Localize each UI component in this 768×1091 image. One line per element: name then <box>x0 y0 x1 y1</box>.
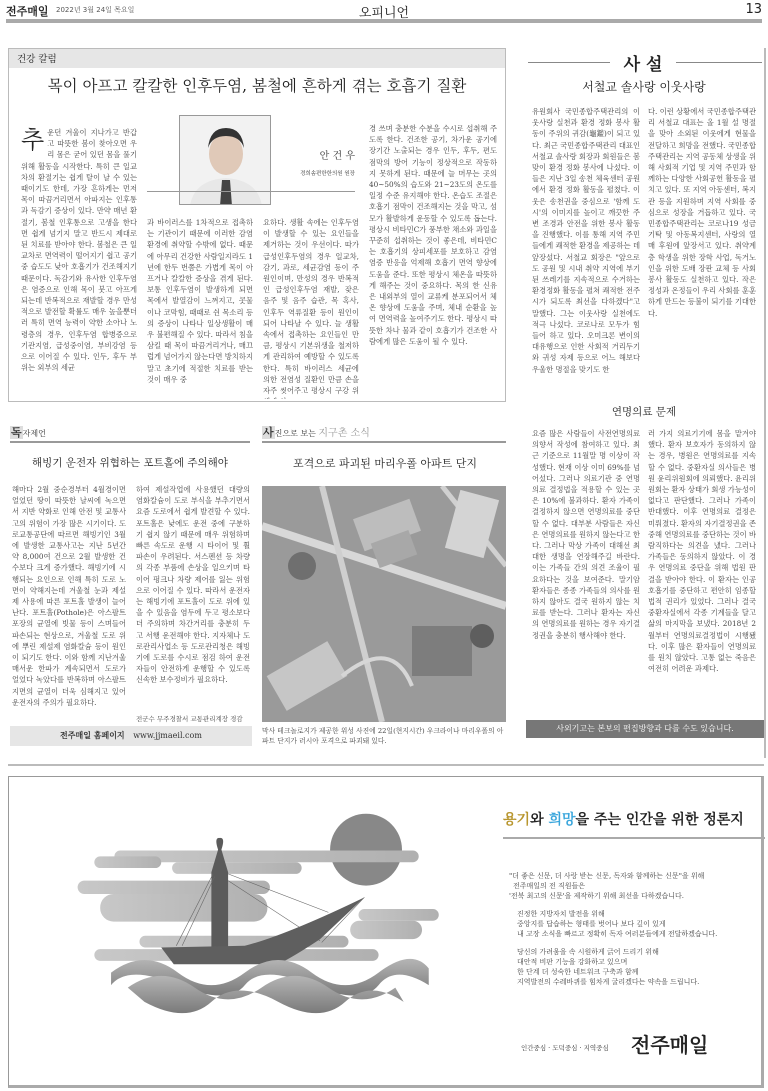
homepage-bar: 전주매일 홈페이지 www.jjmaeil.com <box>10 726 252 746</box>
editorial-body-col3: 요즘 많은 사람들이 사전연명의료의향서 작성에 참여하고 있다. 최근 기준으… <box>532 428 640 720</box>
reader-column: 독자제언 해빙기 운전자 위협하는 포트홀에 주의해야 해마다 2월 중순경부터… <box>10 424 250 754</box>
masthead-rule <box>6 19 762 23</box>
health-column-body-col3: 요하다. 생활 속에는 인후두염이 발생할 수 있는 요인들을 제거하는 것이 … <box>263 217 359 399</box>
editorial-headline-1: 서철교 솔사랑 이웃사랑 <box>526 78 762 95</box>
health-column-headline: 목이 아프고 칼칼한 인후두염, 봄철에 흔하게 겪는 호흡기 질환 <box>9 74 505 96</box>
reader-label-initial: 독 <box>10 426 23 439</box>
reader-column-author: 전군수 무주경찰서 교통관리계장 경감 <box>136 714 250 723</box>
newspaper-name: 전주매일 <box>6 3 49 19</box>
reader-column-body-col1: 해마다 2월 중순경부터 4월경이면 얼었던 땅이 따뜻한 날씨에 녹으면서 지… <box>12 484 126 726</box>
ad-para-2: 진정한 지방자치 발전을 위해 중앙지를 답습하는 형태를 벗어나 보다 깊이 … <box>509 909 759 939</box>
satellite-photo <box>262 486 506 722</box>
reader-column-label: 독자제언 <box>10 424 250 443</box>
health-column-body-col4: 경 쓰며 충분한 수분을 수시로 섭취해 주도록 한다. 건조한 공기, 차가운… <box>369 123 497 399</box>
world-photo-headline: 포격으로 파괴된 마리우폴 아파트 단지 <box>262 455 508 471</box>
bottom-separator <box>8 764 764 766</box>
disclaimer-text: 사외기고는 본보의 편집방향과 다를 수도 있습니다. <box>556 724 734 733</box>
ad-headline-courage: 용기 <box>503 812 530 828</box>
health-column: 건강 칼럼 목이 아프고 칼칼한 인후두염, 봄철에 흔하게 겪는 호흡기 질환… <box>8 48 506 402</box>
editorial-label: 사 설 <box>610 50 676 75</box>
editorial-rule-right <box>676 62 762 63</box>
health-column-body-col2: 과 바이러스를 1차적으로 접촉하는 기관이기 때문에 이러한 감염 환경에 취… <box>147 217 253 399</box>
editorial-body-col2: 다. 이런 상황에서 국민종합주택관리 서철교 대표는 올 1월 설 명절을 맞… <box>648 106 756 402</box>
world-photo-label: 사진으로 보는 지구촌 소식 <box>262 424 506 443</box>
editorial-headline-2: 연명의료 문제 <box>526 404 762 419</box>
editorial: 사 설 서철교 솔사랑 이웃사랑 유원회사 국민종합주택관리의 이웃사랑 실천과… <box>526 48 766 758</box>
world-label-rest: 지구촌 소식 <box>318 428 369 439</box>
drop-cap: 추 <box>21 127 44 153</box>
editorial-body-col1: 유원회사 국민종합주택관리의 이웃사랑 실천과 환경 정화 봉사 활동이 주위의… <box>532 106 640 402</box>
health-column-body-col1: 추운던 겨울이 지나가고 반갑고 따뜻한 봄이 찾아오면 우리 몸은 굳어 있던… <box>21 127 137 399</box>
world-photo: 사진으로 보는 지구촌 소식 포격으로 파괴된 마리우폴 아파트 단지 막사 테… <box>262 424 508 754</box>
reader-column-body-col2: 하여 제설작업에 사용했던 대량의 염화칼슘이 도로 부식을 부추기면서 요즘 … <box>136 484 250 712</box>
homepage-label: 전주매일 홈페이지 <box>60 731 125 740</box>
ad-headline-hope: 희망 <box>548 812 575 828</box>
world-photo-caption: 막사 테크놀로지가 제공한 위성 사진에 22일(현지시간) 우크라이나 마리우… <box>262 726 506 746</box>
homepage-url[interactable]: www.jjmaeil.com <box>133 731 202 740</box>
reader-label-rest: 자제언 <box>23 429 46 438</box>
author-name: 안 건 우 <box>275 147 355 162</box>
ad-para-3: 당신의 가려움을 속 시원하게 긁어 드리기 위해 대안적 비판 기능을 강화하… <box>509 947 759 987</box>
issue-date: 2022년 3월 24일 목요일 <box>56 5 134 15</box>
ad-headline-rule <box>503 837 765 839</box>
ad-para-1: "더 좋은 신문, 더 사랑 받는 신문, 독자와 함께하는 신문"을 위해 전… <box>509 871 759 901</box>
world-label-mid: 진으로 보는 <box>275 429 319 438</box>
world-label-initial: 사 <box>262 426 275 439</box>
advertisement: 용기와 희망을 주는 인간을 위한 정론지 "더 좋은 신문, 더 사랑 받는 … <box>8 776 764 1088</box>
editorial-rule-left <box>528 62 610 63</box>
page-number: 13 <box>745 2 762 17</box>
health-column-label: 건강 칼럼 <box>9 49 505 68</box>
disclaimer-bar: 사외기고는 본보의 편집방향과 다를 수도 있습니다. <box>526 720 764 738</box>
ad-logo: 전주매일 <box>631 1029 708 1058</box>
ad-headline: 용기와 희망을 주는 인간을 위한 정론지 <box>503 809 765 829</box>
ad-slogan: 인간중심 · 도덕중심 · 지역중심 <box>521 1043 609 1052</box>
author-rule <box>147 191 355 192</box>
reader-column-headline: 해빙기 운전자 위협하는 포트홀에 주의해야 <box>10 455 250 470</box>
author-title: 경희솜편한한의원 원장 <box>255 169 355 177</box>
ad-body: "더 좋은 신문, 더 사랑 받는 신문, 독자와 함께하는 신문"을 위해 전… <box>509 871 759 987</box>
ship-illustration <box>29 797 469 1057</box>
editorial-body-col4: 러 가지 의료기기에 몸을 맡겨야 했다. 환자 보호자가 동의하지 않는 경우… <box>648 428 756 720</box>
